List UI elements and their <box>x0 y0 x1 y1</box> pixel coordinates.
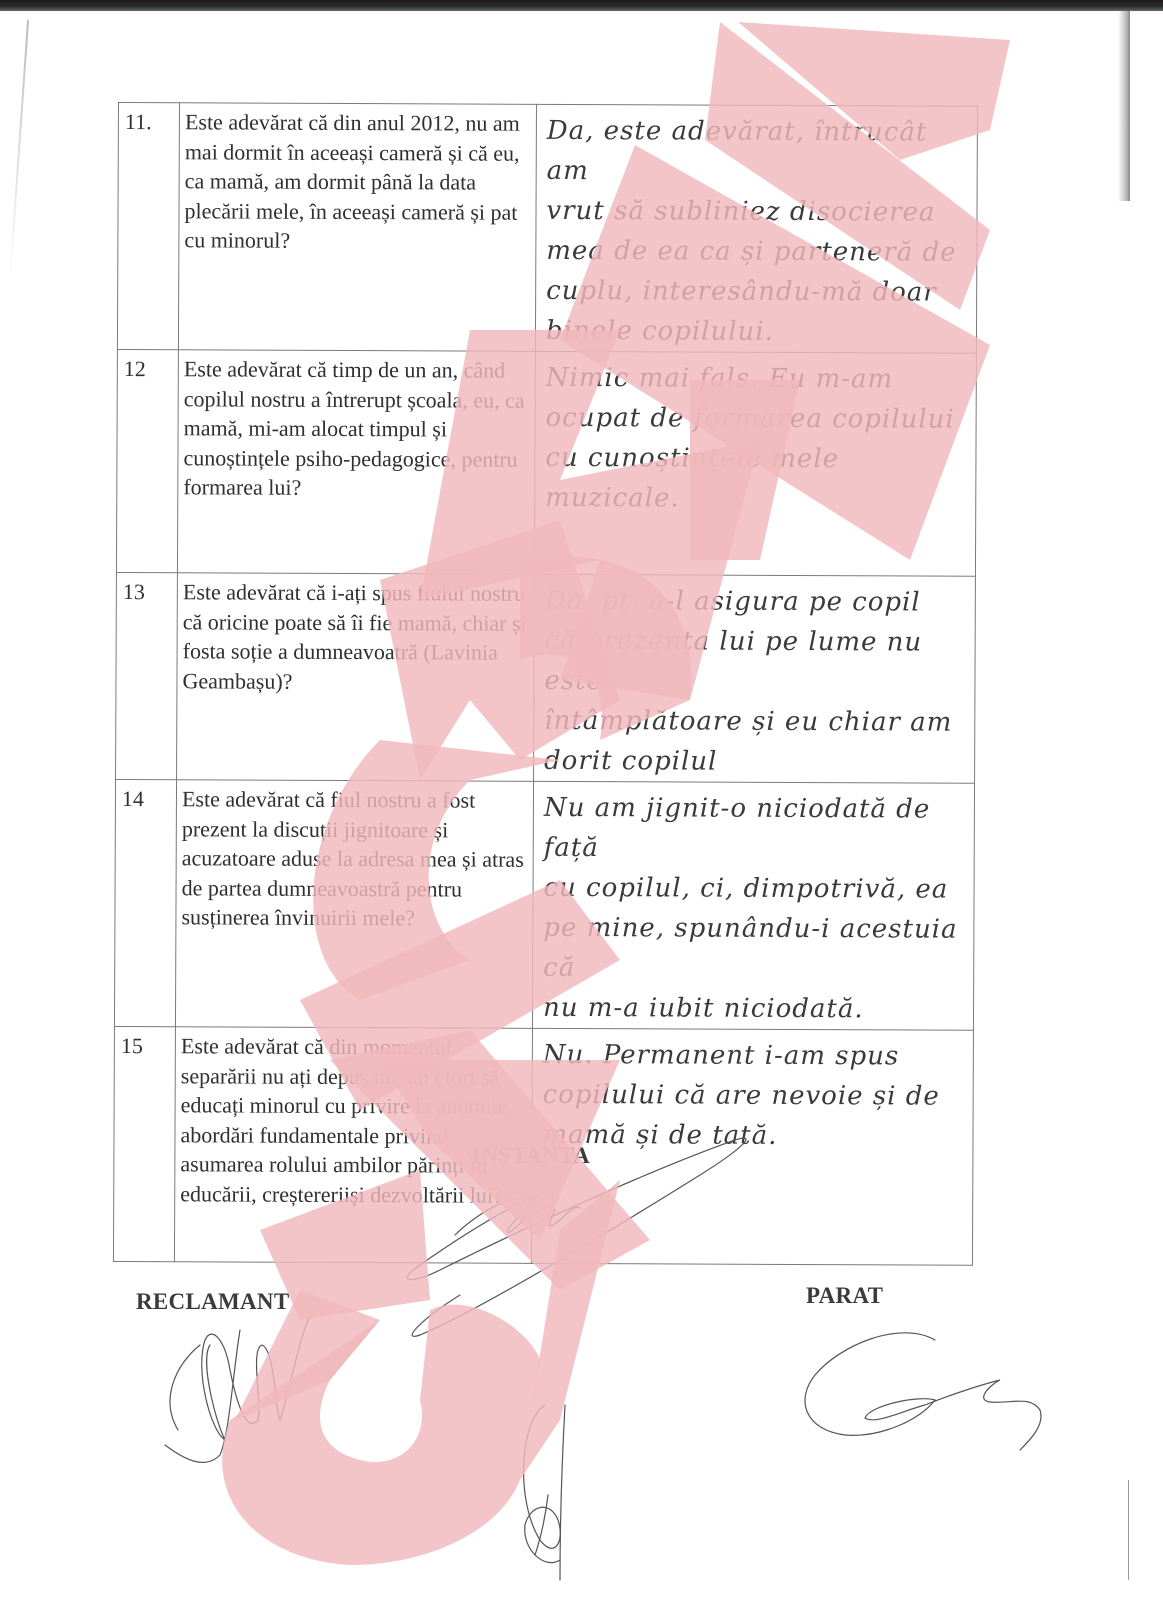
signatures <box>0 0 1163 1600</box>
court-signature <box>407 1138 746 1336</box>
plaintiff-signature <box>202 1305 315 1440</box>
defendant-signature <box>805 1333 1041 1450</box>
